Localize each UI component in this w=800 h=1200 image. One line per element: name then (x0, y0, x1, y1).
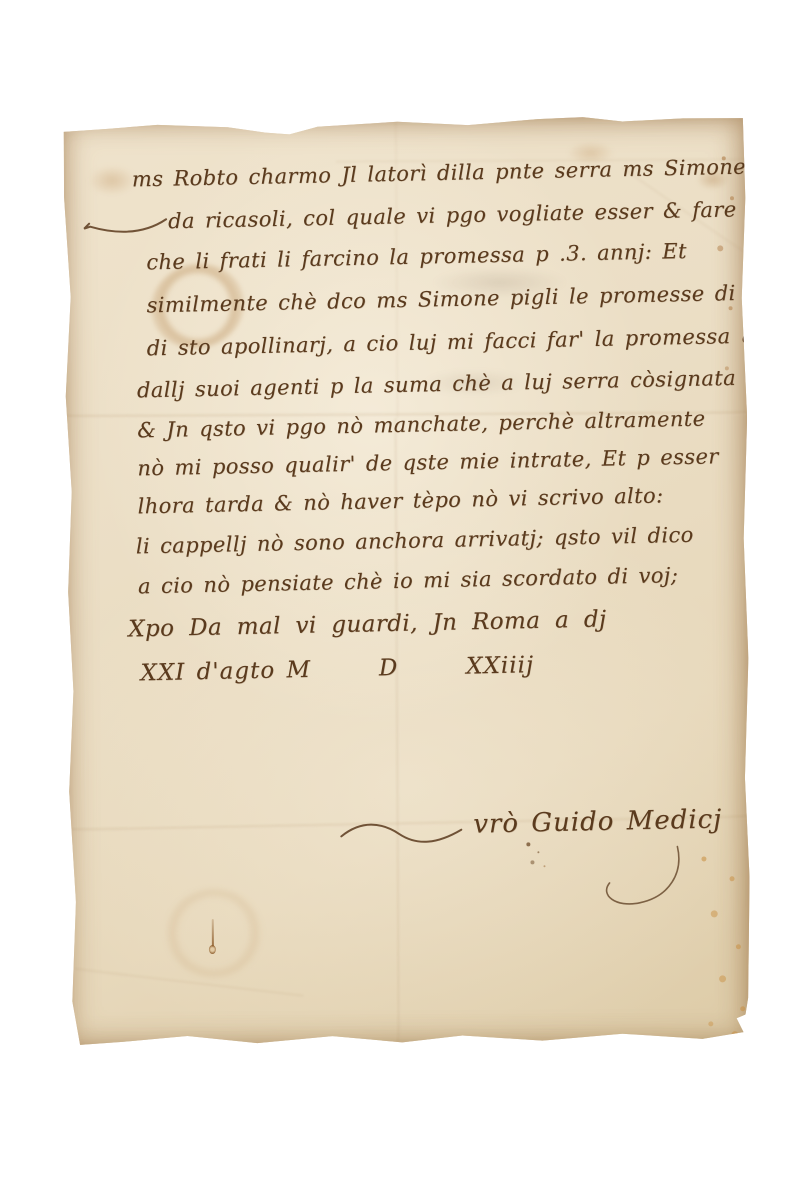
handwritten-line-10: li cappellj nò sono anchora arrivatj; qs… (136, 523, 694, 559)
lead-in-flourish-line-2 (80, 215, 168, 237)
handwritten-line-8: nò mi posso qualir' de qste mie intrate,… (137, 444, 719, 480)
signature-lead-in-flourish (337, 814, 467, 855)
handwritten-line-9: lhora tarda & nò haver tèpo nò vi scrivo… (137, 483, 663, 518)
handwritten-line-2: da ricasoli, col quale vi pgo vogliate e… (168, 197, 737, 233)
paper-stain-left-margin (88, 165, 136, 195)
fold-crease-bottom-left-diagonal (75, 968, 304, 998)
handwritten-line-1: ms Robto charmo Jl latorì dilla pnte ser… (132, 155, 747, 192)
ink-spatter-near-signature (526, 842, 530, 846)
signature: vrò Guido Medicj (473, 804, 723, 839)
handwritten-line-6: dallj suoi agenti p la suma chè a luj se… (137, 366, 737, 403)
handwritten-line-11: a cio nò pensiate chè io mi sia scordato… (138, 563, 679, 598)
handwritten-line-12: Xpo Da mal vi guardi, Jn Roma a dj (128, 606, 607, 642)
letter-page: ms Robto charmo Jl latorì dilla pnte ser… (62, 116, 751, 1048)
handwritten-line-5: di sto apollinarj, a cio luj mi facci fa… (147, 324, 755, 361)
handwritten-line-7: & Jn qsto vi pgo nò manchate, perchè alt… (137, 407, 706, 443)
handwritten-line-13-dateline: XXI d'agto M D XXiiij (140, 652, 534, 686)
handwritten-line-3: che li frati li farcino la promessa p .3… (146, 239, 687, 274)
ink-drip (212, 919, 214, 947)
ink-drip-droplet (209, 945, 216, 954)
signature-tail-flourish (565, 843, 685, 914)
photograph-of-letter: ms Robto charmo Jl latorì dilla pnte ser… (0, 0, 800, 1200)
foxing-spots-right-edge (701, 856, 706, 861)
handwritten-line-4: similmente chè dco ms Simone pigli le pr… (146, 280, 781, 317)
